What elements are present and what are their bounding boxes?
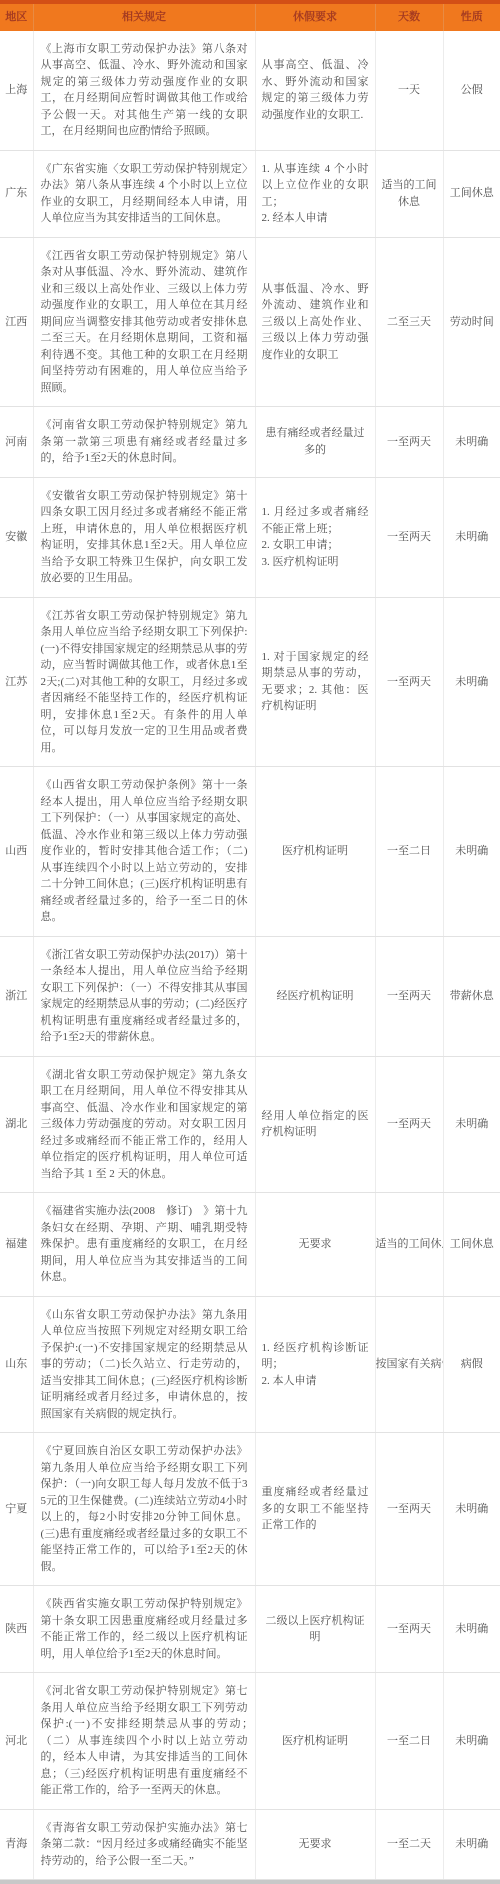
column-header-days: 天数	[375, 4, 443, 31]
nature-cell: 未明确	[443, 1586, 500, 1673]
nature-cell: 病假	[443, 1296, 500, 1433]
days-cell: 一至二日	[375, 767, 443, 937]
column-header-requirement: 休假要求	[255, 4, 375, 31]
table-row: 安徽《安徽省女职工劳动保护特别规定》第十四条女职工因月经过多或者痛经不能正常上班…	[0, 477, 500, 597]
table-row: 湖北《湖北省女职工劳动保护规定》第九条女职工在月经期间，用人单位不得安排其从事高…	[0, 1056, 500, 1193]
nature-cell: 未明确	[443, 767, 500, 937]
region-cell: 青海	[0, 1809, 33, 1880]
region-cell: 山东	[0, 1296, 33, 1433]
days-cell: 二至三天	[375, 237, 443, 407]
days-cell: 一至两天	[375, 597, 443, 767]
table-row: 山西《山西省女职工劳动保护条例》第十一条经本人提出，用人单位应当给予经期女职工下…	[0, 767, 500, 937]
regulations-table: 地区相关规定休假要求天数性质 上海《上海市女职工劳动保护办法》第八条对从事高空、…	[0, 4, 500, 1880]
region-cell: 浙江	[0, 936, 33, 1056]
table-row: 陕西《陕西省实施女职工劳动保护特别规定》第十条女职工因患重度痛经或月经量过多不能…	[0, 1586, 500, 1673]
nature-cell: 公假	[443, 31, 500, 151]
region-cell: 安徽	[0, 477, 33, 597]
regulation-cell: 《河南省女职工劳动保护特别规定》第九条第一款第三项患有痛经或者经量过多的，给予1…	[33, 407, 255, 478]
regulation-cell: 《福建省实施办法(2008 修订) 》第十九条妇女在经期、孕期、产期、哺乳期受特…	[33, 1193, 255, 1297]
nature-cell: 未明确	[443, 407, 500, 478]
regulations-table-container: 地区相关规定休假要求天数性质 上海《上海市女职工劳动保护办法》第八条对从事高空、…	[0, 0, 500, 1884]
table-row: 青海《青海省女职工劳动保护实施办法》第七条第二款：“因月经过多或痛经确实不能坚持…	[0, 1809, 500, 1880]
regulation-cell: 《青海省女职工劳动保护实施办法》第七条第二款：“因月经过多或痛经确实不能坚持劳动…	[33, 1809, 255, 1880]
days-cell: 按国家有关病假的规定	[375, 1296, 443, 1433]
table-row: 宁夏《宁夏回族自治区女职工劳动保护办法》第九条用人单位应当给予经期女职工下列保护…	[0, 1433, 500, 1586]
requirement-cell: 1. 经医疗机构诊断证明； 2. 本人申请	[255, 1296, 375, 1433]
regulation-cell: 《山西省女职工劳动保护条例》第十一条经本人提出，用人单位应当给予经期女职工下列保…	[33, 767, 255, 937]
days-cell: 一天	[375, 31, 443, 151]
table-body: 上海《上海市女职工劳动保护办法》第八条对从事高空、低温、冷水、野外流动和国家规定…	[0, 31, 500, 1880]
nature-cell: 未明确	[443, 597, 500, 767]
nature-cell: 未明确	[443, 1433, 500, 1586]
requirement-cell: 1. 从事连续 4 个小时以上立位作业的女职工； 2. 经本人申请	[255, 150, 375, 237]
table-row: 广东《广东省实施〈女职工劳动保护特别规定〉办法》第八条从事连续 4 个小时以上立…	[0, 150, 500, 237]
days-cell: 一至两天	[375, 936, 443, 1056]
requirement-cell: 1. 月经过多或者痛经不能正常上班； 2. 女职工申请； 3. 医疗机构证明	[255, 477, 375, 597]
requirement-cell: 二级以上医疗机构证明	[255, 1586, 375, 1673]
region-cell: 河南	[0, 407, 33, 478]
nature-cell: 工间休息	[443, 150, 500, 237]
requirement-cell: 从事低温、冷水、野外流动、建筑作业和三级以上高处作业、三级以上体力劳动强度作业的…	[255, 237, 375, 407]
nature-cell: 未明确	[443, 1056, 500, 1193]
table-row: 上海《上海市女职工劳动保护办法》第八条对从事高空、低温、冷水、野外流动和国家规定…	[0, 31, 500, 151]
requirement-cell: 医疗机构证明	[255, 1673, 375, 1810]
regulation-cell: 《河北省女职工劳动保护特别规定》第七条用人单位应当给予经期女职工下列劳动保护:(…	[33, 1673, 255, 1810]
region-cell: 山西	[0, 767, 33, 937]
nature-cell: 未明确	[443, 1673, 500, 1810]
requirement-cell: 重度痛经或者经量过多的女职工不能坚持正常工作的	[255, 1433, 375, 1586]
requirement-cell: 无要求	[255, 1193, 375, 1297]
table-row: 福建《福建省实施办法(2008 修订) 》第十九条妇女在经期、孕期、产期、哺乳期…	[0, 1193, 500, 1297]
regulation-cell: 《上海市女职工劳动保护办法》第八条对从事高空、低温、冷水、野外流动和国家规定的第…	[33, 31, 255, 151]
region-cell: 湖北	[0, 1056, 33, 1193]
nature-cell: 劳动时间	[443, 237, 500, 407]
regulation-cell: 《湖北省女职工劳动保护规定》第九条女职工在月经期间，用人单位不得安排其从事高空、…	[33, 1056, 255, 1193]
days-cell: 适当的工间休息	[375, 1193, 443, 1297]
table-row: 江西《江西省女职工劳动保护特别规定》第八条对从事低温、冷水、野外流动、建筑作业和…	[0, 237, 500, 407]
table-row: 浙江《浙江省女职工劳动保护办法(2017)）第十一条经本人提出，用人单位应当给予…	[0, 936, 500, 1056]
days-cell: 一至两天	[375, 1586, 443, 1673]
table-row: 山东《山东省女职工劳动保护办法》第九条用人单位应当按照下列规定对经期女职工给予保…	[0, 1296, 500, 1433]
days-cell: 一至两天	[375, 1433, 443, 1586]
region-cell: 广东	[0, 150, 33, 237]
region-cell: 福建	[0, 1193, 33, 1297]
regulation-cell: 《江西省女职工劳动保护特别规定》第八条对从事低温、冷水、野外流动、建筑作业和三级…	[33, 237, 255, 407]
requirement-cell: 无要求	[255, 1809, 375, 1880]
region-cell: 河北	[0, 1673, 33, 1810]
table-row: 江苏《江苏省女职工劳动保护特别规定》第九条用人单位应当给予经期女职工下列保护:(…	[0, 597, 500, 767]
nature-cell: 工间休息	[443, 1193, 500, 1297]
requirement-cell: 从事高空、低温、冷水、野外流动和国家规定的第三级体力劳动强度作业的女职工.	[255, 31, 375, 151]
regulation-cell: 《宁夏回族自治区女职工劳动保护办法》第九条用人单位应当给予经期女职工下列保护：（…	[33, 1433, 255, 1586]
column-header-nature: 性质	[443, 4, 500, 31]
table-row: 河北《河北省女职工劳动保护特别规定》第七条用人单位应当给予经期女职工下列劳动保护…	[0, 1673, 500, 1810]
table-row: 河南《河南省女职工劳动保护特别规定》第九条第一款第三项患有痛经或者经量过多的，给…	[0, 407, 500, 478]
region-cell: 陕西	[0, 1586, 33, 1673]
days-cell: 适当的工间休息	[375, 150, 443, 237]
region-cell: 上海	[0, 31, 33, 151]
header-row: 地区相关规定休假要求天数性质	[0, 4, 500, 31]
regulation-cell: 《江苏省女职工劳动保护特别规定》第九条用人单位应当给予经期女职工下列保护:(一)…	[33, 597, 255, 767]
requirement-cell: 患有痛经或者经量过多的	[255, 407, 375, 478]
days-cell: 一至两天	[375, 1056, 443, 1193]
region-cell: 江西	[0, 237, 33, 407]
regulation-cell: 《广东省实施〈女职工劳动保护特别规定〉办法》第八条从事连续 4 个小时以上立位作…	[33, 150, 255, 237]
nature-cell: 未明确	[443, 1809, 500, 1880]
region-cell: 宁夏	[0, 1433, 33, 1586]
nature-cell: 带薪休息	[443, 936, 500, 1056]
regulation-cell: 《浙江省女职工劳动保护办法(2017)）第十一条经本人提出，用人单位应当给予经期…	[33, 936, 255, 1056]
requirement-cell: 1. 对于国家规定的经期禁忌从事的劳动，无要求；2. 其他：医疗机构证明	[255, 597, 375, 767]
regulation-cell: 《安徽省女职工劳动保护特别规定》第十四条女职工因月经过多或者痛经不能正常上班，申…	[33, 477, 255, 597]
column-header-regulation: 相关规定	[33, 4, 255, 31]
regulation-cell: 《陕西省实施女职工劳动保护特别规定》第十条女职工因患重度痛经或月经量过多不能正常…	[33, 1586, 255, 1673]
days-cell: 一至二天	[375, 1809, 443, 1880]
requirement-cell: 医疗机构证明	[255, 767, 375, 937]
nature-cell: 未明确	[443, 477, 500, 597]
regulation-cell: 《山东省女职工劳动保护办法》第九条用人单位应当按照下列规定对经期女职工给予保护:…	[33, 1296, 255, 1433]
requirement-cell: 经医疗机构证明	[255, 936, 375, 1056]
days-cell: 一至二日	[375, 1673, 443, 1810]
days-cell: 一至两天	[375, 477, 443, 597]
requirement-cell: 经用人单位指定的医疗机构证明	[255, 1056, 375, 1193]
region-cell: 江苏	[0, 597, 33, 767]
days-cell: 一至两天	[375, 407, 443, 478]
column-header-region: 地区	[0, 4, 33, 31]
